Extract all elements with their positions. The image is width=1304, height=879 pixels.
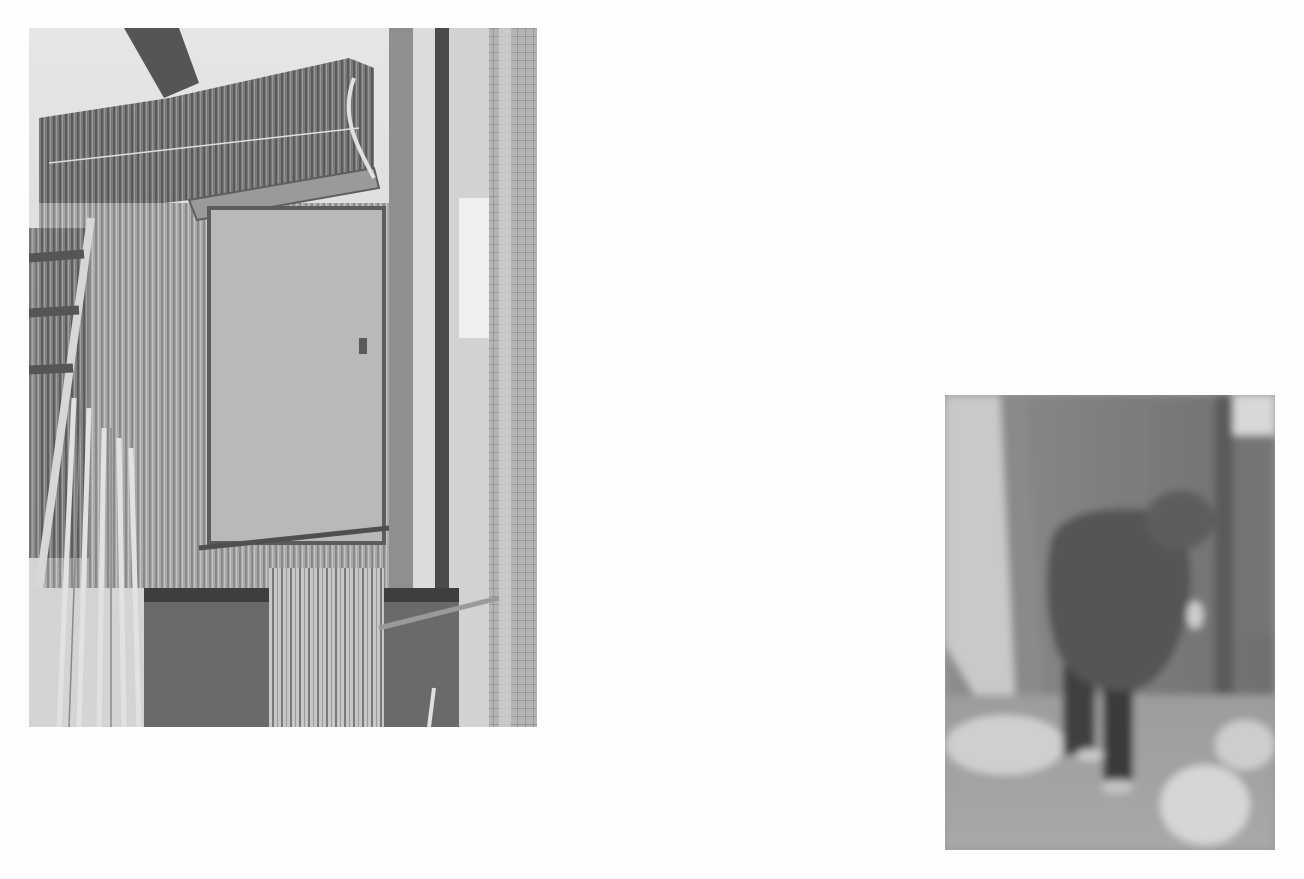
photo-shed-door: [29, 28, 537, 727]
shed-door-image: [29, 28, 537, 727]
hooded-figure-image: [945, 395, 1275, 850]
photo-hooded-figure: [945, 395, 1275, 850]
